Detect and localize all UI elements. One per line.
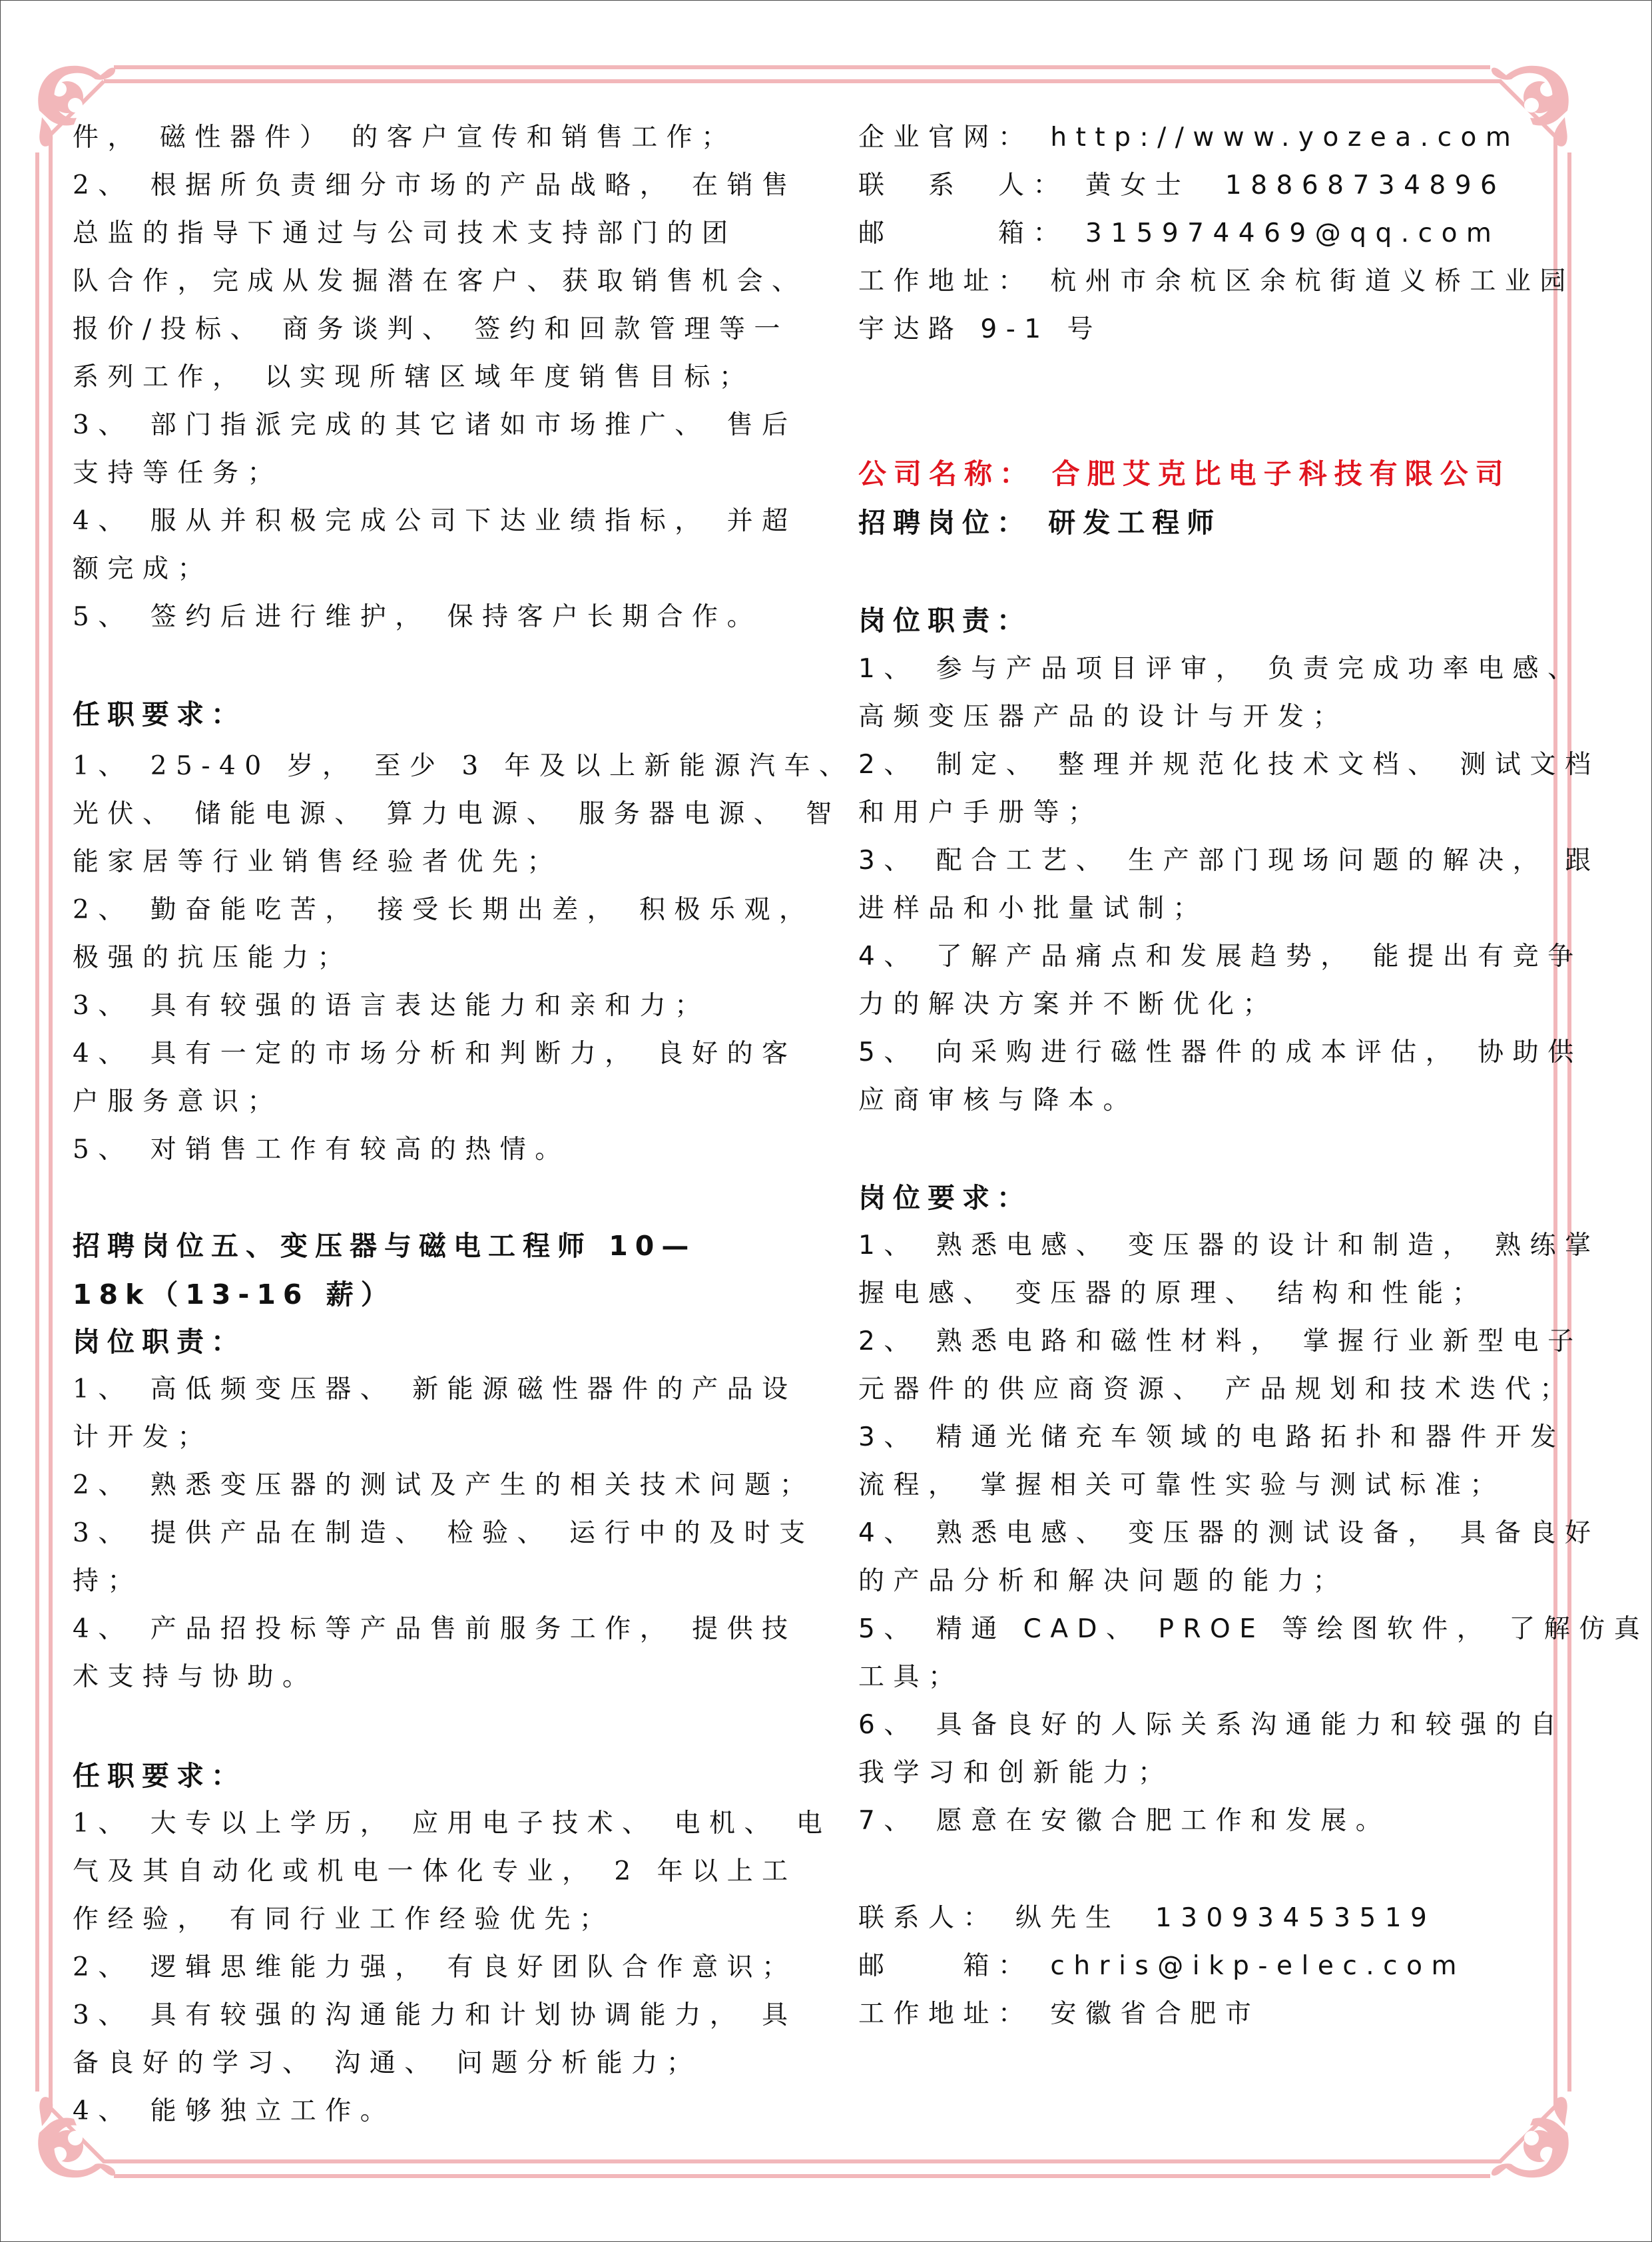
requirement-line: 户服务意识； [73,1078,282,1126]
requirement-line: 5、 对销售工作有较高的热情。 [73,1126,570,1174]
requirement-line: 2、 勤奋能吃苦， 接受长期出差， 积极乐观， [73,886,814,934]
duty-line: 3、 部门指派完成的其它诸如市场推广、 售后 [73,402,797,449]
duty-line: 支持等任务； [73,449,282,497]
duty-line: 1、 参与产品项目评审， 负责完成功率电感、 [858,645,1583,693]
work-address: 工作地址： 杭州市余杭区余杭街道义桥工业园 [858,258,1575,306]
section-heading: 任职要求： [73,691,246,738]
requirement-line: 3、 具有较强的语言表达能力和亲和力； [73,982,710,1030]
section-heading: 岗位要求： [858,1174,1031,1222]
duty-line: 应商审核与降本。 [858,1077,1138,1125]
requirement-line: 的产品分析和解决问题的能力； [858,1557,1348,1605]
duty-line: 1、 高低频变压器、 新能源磁性器件的产品设 [73,1366,797,1414]
job-listing-page: 件， 磁性器件） 的客户宣传和销售工作； 2、 根据所负责细分市场的产品战略， … [0,0,1652,2242]
requirement-line: 工具； [858,1653,964,1701]
duty-line: 4、 服从并积极完成公司下达业绩指标， 并超 [73,497,797,545]
duty-line: 高频变压器产品的设计与开发； [858,693,1348,741]
requirement-line: 极强的抗压能力； [73,934,352,982]
section-heading: 岗位职责： [858,597,1031,645]
requirement-line: 1、 熟悉电感、 变压器的设计和制造， 熟练掌 [858,1222,1600,1270]
requirement-line: 气及其自动化或机电一体化专业， 2 年以上工 [73,1848,797,1896]
website-link[interactable]: 企业官网： http://www.yozea.com [858,114,1519,162]
requirement-line: 1、 大专以上学历， 应用电子技术、 电机、 电 [73,1800,831,1848]
duty-line: 系列工作， 以实现所辖区域年度销售目标； [73,354,754,402]
duty-line: 5、 向采购进行磁性器件的成本评估， 协助供 [858,1029,1583,1077]
requirement-line: 握电感、 变压器的原理、 结构和性能； [858,1270,1487,1318]
requirement-line: 3、 精通光储充车领域的电路拓扑和器件开发 [858,1414,1565,1462]
duty-line: 力的解决方案并不断优化； [858,981,1278,1029]
duty-line: 额完成； [73,545,212,593]
duty-line: 3、 提供产品在制造、 检验、 运行中的及时支 [73,1510,814,1557]
requirement-line: 4、 具有一定的市场分析和判断力， 良好的客 [73,1030,797,1078]
duty-line: 进样品和小批量试制； [858,885,1208,933]
contact-email[interactable]: 邮 箱： 315974469@qq.com [858,210,1500,258]
duty-line: 3、 配合工艺、 生产部门现场问题的解决， 跟 [858,837,1600,885]
contact-person: 联系人： 纵先生 13093453519 [858,1894,1436,1942]
duty-line: 总监的指导下通过与公司技术支持部门的团 [73,210,737,258]
requirement-line: 作经验， 有同行业工作经验优先； [73,1896,614,1944]
requirement-line: 光伏、 储能电源、 算力电源、 服务器电源、 智 [73,790,841,838]
requirement-line: 能家居等行业销售经验者优先； [73,838,562,886]
requirement-line: 我学习和创新能力； [858,1749,1173,1797]
requirement-line: 2、 熟悉电路和磁性材料， 掌握行业新型电子 [858,1318,1583,1366]
position-title-cont: 18k（13-16 薪） [73,1270,396,1318]
requirement-line: 6、 具备良好的人际关系沟通能力和较强的自 [858,1701,1565,1749]
requirement-line: 4、 熟悉电感、 变压器的测试设备， 具备良好 [858,1510,1600,1557]
work-address-cont: 宇达路 9-1 号 [858,306,1102,354]
requirement-line: 5、 精通 CAD、 PROE 等绘图软件， 了解仿真 [858,1605,1649,1653]
requirement-line: 3、 具有较强的沟通能力和计划协调能力， 具 [73,1992,797,2040]
contact-email[interactable]: 邮 箱： chris@ikp-elec.com [858,1942,1466,1990]
duty-line: 4、 了解产品痛点和发展趋势， 能提出有竞争 [858,933,1583,981]
contact-person: 联 系 人： 黄女士 18868734896 [858,162,1506,210]
requirement-line: 4、 能够独立工作。 [73,2088,395,2135]
duty-line: 计开发； [73,1414,212,1462]
requirement-line: 元器件的供应商资源、 产品规划和技术迭代； [858,1366,1575,1414]
duty-line: 5、 签约后进行维护， 保持客户长期合作。 [73,593,762,641]
work-address: 工作地址： 安徽省合肥市 [858,1990,1260,2038]
company-name-heading: 公司名称： 合肥艾克比电子科技有限公司 [858,450,1511,498]
section-heading: 岗位职责： [73,1318,246,1366]
duty-line: 2、 熟悉变压器的测试及产生的相关技术问题； [73,1462,814,1510]
duty-line: 术支持与协助。 [73,1653,318,1701]
duty-line: 件， 磁性器件） 的客户宣传和销售工作； [73,114,736,162]
requirement-line: 2、 逻辑思维能力强， 有良好团队合作意识； [73,1944,797,1992]
duty-line: 2、 根据所负责细分市场的产品战略， 在销售 [73,162,797,210]
duty-line: 持； [73,1557,142,1605]
requirement-line: 1、 25-40 岁， 至少 3 年及以上新能源汽车、 [73,742,854,790]
requirement-line: 7、 愿意在安徽合肥工作和发展。 [858,1797,1390,1845]
position-title: 招聘岗位： 研发工程师 [858,499,1221,547]
section-heading: 任职要求： [73,1752,246,1800]
requirement-line: 流程， 掌握相关可靠性实验与测试标准； [858,1462,1505,1510]
duty-line: 队合作，完成从发掘潜在客户、获取销售机会、 [73,258,807,306]
position-title: 招聘岗位五、变压器与磁电工程师 10— [73,1222,696,1270]
duty-line: 2、 制定、 整理并规范化技术文档、 测试文档 [858,741,1600,789]
duty-line: 和用户手册等； [858,789,1103,837]
requirement-line: 备良好的学习、 沟通、 问题分析能力； [73,2040,701,2088]
duty-line: 报价/投标、 商务谈判、 签约和回款管理等一 [73,306,789,354]
duty-line: 4、 产品招投标等产品售前服务工作， 提供技 [73,1605,797,1653]
